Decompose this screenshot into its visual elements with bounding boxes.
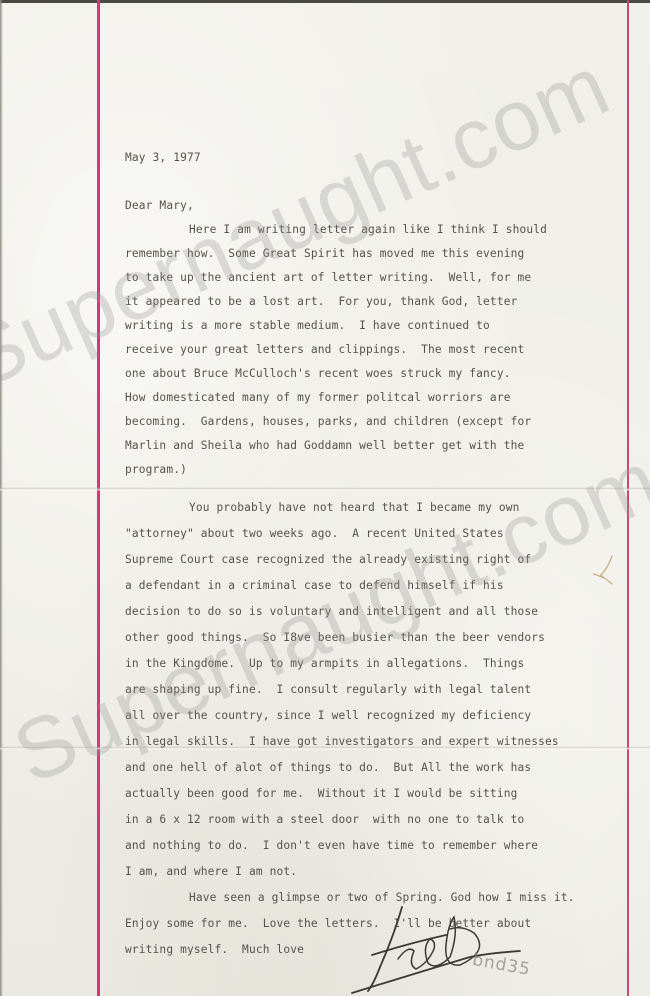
handwritten-signature: Ted bbox=[350, 905, 530, 995]
letter-line: to take up the ancient art of letter wri… bbox=[125, 266, 531, 290]
letter-line: Supreme Court case recognized the alread… bbox=[125, 548, 531, 572]
letter-line: in a 6 x 12 room with a steel door with … bbox=[125, 808, 524, 832]
letter-line: all over the country, since I well recog… bbox=[125, 704, 531, 728]
letter-line: in the Kingdome. Up to my armpits in all… bbox=[125, 652, 524, 676]
letter-line: writing myself. Much love bbox=[125, 938, 304, 962]
letter-line: I am, and where I am not. bbox=[125, 860, 297, 884]
letter-line: in legal skills. I have got investigator… bbox=[125, 730, 559, 754]
letter-line: You probably have not heard that I becam… bbox=[125, 496, 520, 520]
letter-line: Here I am writing letter again like I th… bbox=[125, 218, 547, 242]
letter-line: "attorney" about two weeks ago. A recent… bbox=[125, 522, 504, 546]
letter-line: receive your great letters and clippings… bbox=[125, 338, 524, 362]
letter-line: remember how. Some Great Spirit has move… bbox=[125, 242, 524, 266]
paper-left-edge bbox=[0, 0, 3, 996]
letter-salutation: Dear Mary, bbox=[125, 194, 194, 218]
letter-line: Marlin and Sheila who had Goddamn well b… bbox=[125, 434, 524, 458]
letter-line: it appeared to be a lost art. For you, t… bbox=[125, 290, 517, 314]
letter-date: May 3, 1977 bbox=[125, 146, 201, 170]
letter-line: How domesticated many of my former polit… bbox=[125, 386, 511, 410]
letter-line: becoming. Gardens, houses, parks, and ch… bbox=[125, 410, 531, 434]
letter-line: decision to do so is voluntary and intel… bbox=[125, 600, 538, 624]
left-margin-line bbox=[97, 0, 100, 996]
letter-line: and nothing to do. I don't even have tim… bbox=[125, 834, 538, 858]
stray-pen-mark bbox=[590, 548, 630, 588]
letter-line: writing is a more stable medium. I have … bbox=[125, 314, 490, 338]
letter-line: one about Bruce McCulloch's recent woes … bbox=[125, 362, 511, 386]
letter-line: a defendant in a criminal case to defend… bbox=[125, 574, 504, 598]
letter-line: other good things. So I8ve been busier t… bbox=[125, 626, 545, 650]
letter-line: program.) bbox=[125, 458, 187, 482]
letter-line: actually been good for me. Without it I … bbox=[125, 782, 517, 806]
letter-line: are shaping up fine. I consult regularly… bbox=[125, 678, 531, 702]
fold-crease bbox=[0, 487, 650, 491]
letter-line: and one hell of alot of things to do. Bu… bbox=[125, 756, 531, 780]
right-margin-line bbox=[627, 0, 629, 996]
